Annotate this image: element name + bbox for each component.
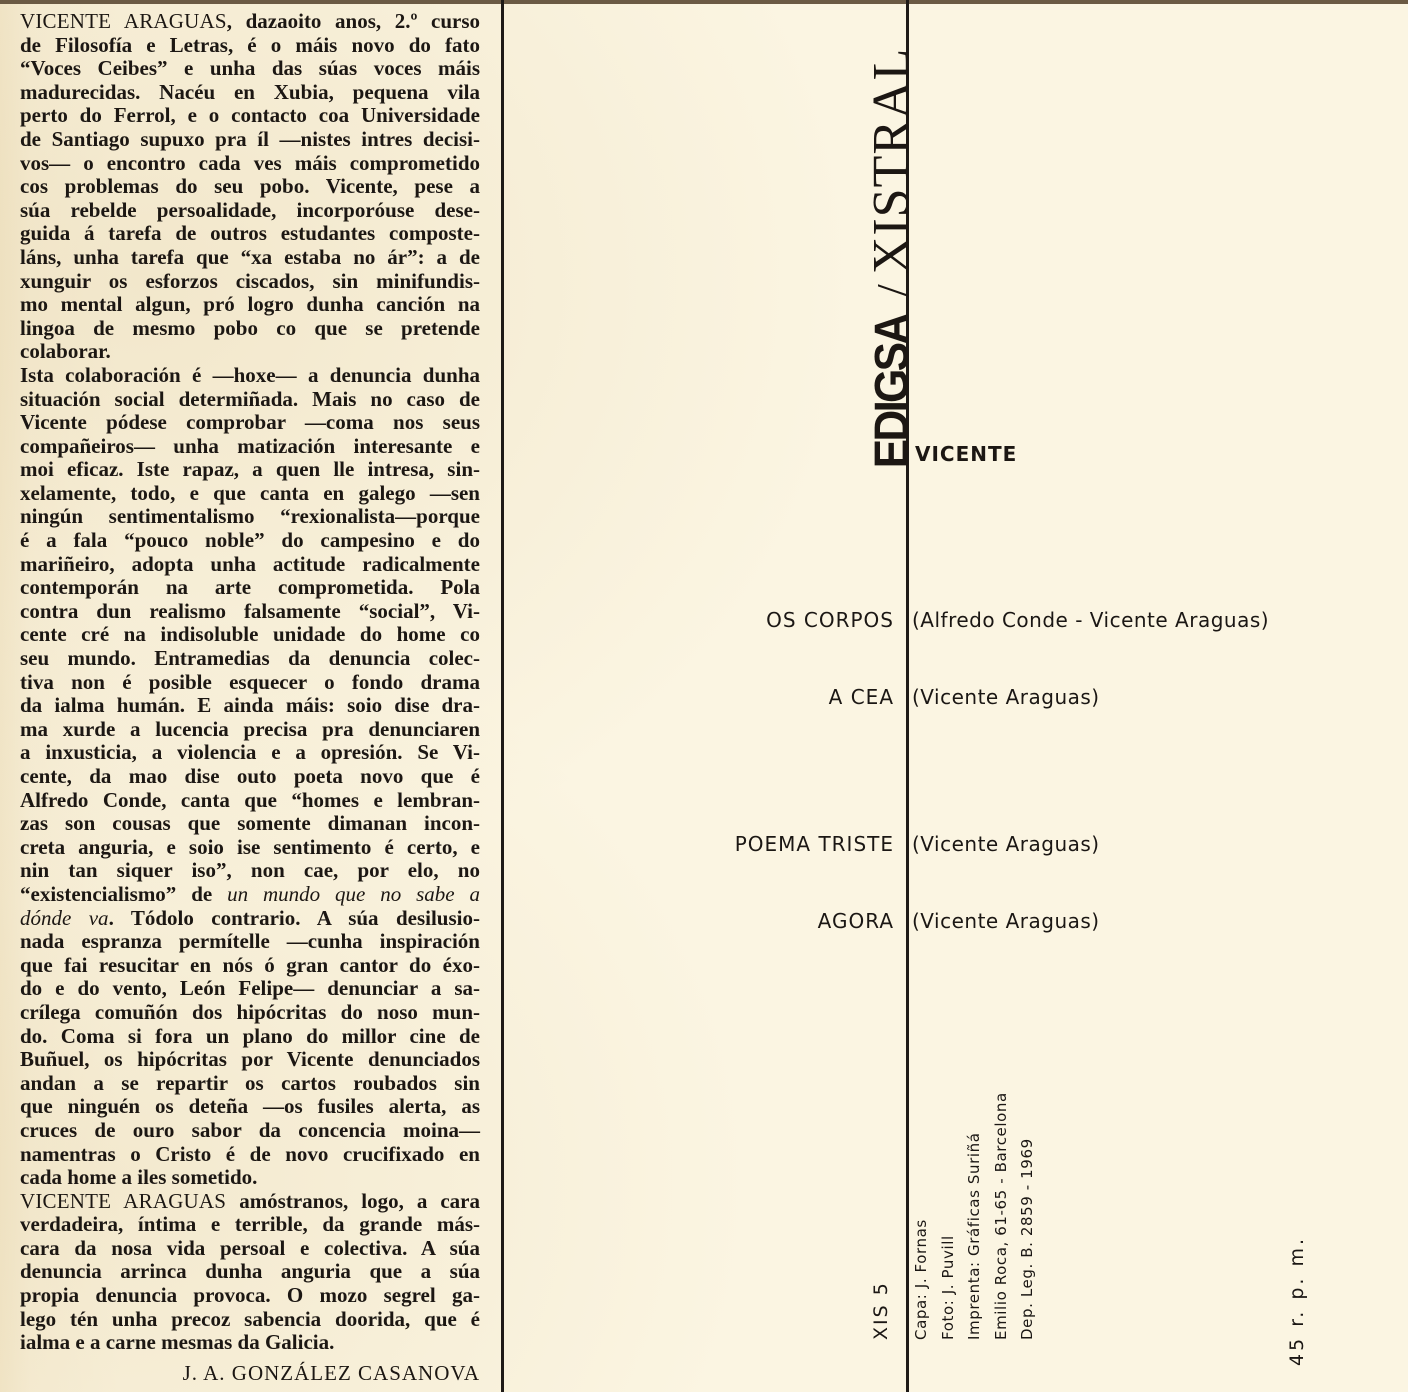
essay-line: é a fala “pouco noble” do campesino e do bbox=[20, 529, 480, 553]
essay-line: láns, unha tarefa que “xa estaba no ár”:… bbox=[20, 246, 480, 270]
essay-line: Buñuel, os hipócritas por Vicente denunc… bbox=[20, 1048, 480, 1072]
essay-line: dónde va. Tódolo contrario. A súa desilu… bbox=[20, 907, 480, 931]
essay-line: tiva non é posible esquecer o fondo dram… bbox=[20, 671, 480, 695]
track-credit: (Vicente Araguas) bbox=[912, 909, 1100, 933]
essay-line: da ialma humán. E ainda máis: soio dise … bbox=[20, 694, 480, 718]
column-divider-left bbox=[501, 0, 504, 1392]
series-name: XISTRAL bbox=[862, 48, 921, 275]
essay-line: lingoa de mesmo pobo co que se pretende bbox=[20, 317, 480, 341]
essay-line: ningún sentimentalismo “rexionalista—por… bbox=[20, 505, 480, 529]
essay-line: ialma e a carne mesmas da Galicia. bbox=[20, 1331, 480, 1355]
artist-name-inline: VICENTE ARAGUAS bbox=[20, 9, 227, 33]
record-speed: 45 r. p. m. bbox=[1286, 1236, 1308, 1366]
track-title: A CEA bbox=[829, 685, 894, 709]
essay-line: guida á tarefa de outros estudantes comp… bbox=[20, 222, 480, 246]
track-title: AGORA bbox=[818, 909, 894, 933]
brand-separator: / bbox=[866, 284, 919, 297]
essay-line: nin tan siquer iso”, non cae, por elo, n… bbox=[20, 859, 480, 883]
essay-line: cara da nosa vida persoal e colectiva. A… bbox=[20, 1237, 480, 1261]
essay-line: moi eficaz. Iste rapaz, a quen lle intre… bbox=[20, 458, 480, 482]
essay-line: mariñeiro, adopta unha actitude radicalm… bbox=[20, 553, 480, 577]
artist-name-inline: VICENTE ARAGUAS bbox=[20, 1189, 226, 1213]
italic-quote: un mundo que no sabe a bbox=[227, 882, 480, 906]
essay-line: zas son cousas que somente dimanan incon… bbox=[20, 812, 480, 836]
essay-line: a inxusticia, a violencia e a opresión. … bbox=[20, 741, 480, 765]
essay-line: que ninguén os deteña —os fusiles alerta… bbox=[20, 1095, 480, 1119]
credit-line: Dep. Leg. B. 2859 - 1969 bbox=[1014, 1092, 1041, 1340]
essay-line: Vicente pódese comprobar —coma nos seus bbox=[20, 411, 480, 435]
essay-line: do. Coma si fora un plano do millor cine… bbox=[20, 1025, 480, 1049]
essay-line: do e do vento, León Felipe— denunciar a … bbox=[20, 977, 480, 1001]
essay-line: de Santiago supuxo pra íl —nistes intres… bbox=[20, 128, 480, 152]
essay-line: propia denuncia provoca. O mozo segrel g… bbox=[20, 1284, 480, 1308]
track-title: OS CORPOS bbox=[766, 608, 894, 632]
essay-line: cada home a iles sometido. bbox=[20, 1166, 480, 1190]
essay-line: crílega comuñón dos hipócritas do noso m… bbox=[20, 1001, 480, 1025]
essay-line: “Voces Ceibes” e unha das súas voces mái… bbox=[20, 57, 480, 81]
essay-line: que fai resucitar en nós ó gran cantor d… bbox=[20, 954, 480, 978]
essay-line: cos problemas do seu pobo. Vicente, pese… bbox=[20, 175, 480, 199]
essay-line: xunguir os esforzos ciscados, sin minifu… bbox=[20, 270, 480, 294]
top-edge bbox=[0, 0, 1408, 4]
essay-line: situación social determiñada. Mais no ca… bbox=[20, 388, 480, 412]
essay-line: madurecidas. Nacéu en Xubia, pequena vil… bbox=[20, 81, 480, 105]
essay-line: vos— o encontro cada ves máis comprometi… bbox=[20, 152, 480, 176]
essay-line: xelamente, todo, e que canta en galego —… bbox=[20, 482, 480, 506]
production-credits: Capa: J. FornasFoto: J. PuvillImprenta: … bbox=[908, 1092, 1041, 1340]
essay-line: “existencialismo” de un mundo que no sab… bbox=[20, 883, 480, 907]
credit-line: Foto: J. Puvill bbox=[935, 1092, 962, 1340]
liner-notes-essay: VICENTE ARAGUAS, dazaoito anos, 2.º curs… bbox=[20, 10, 480, 1355]
essay-line: de Filosofía e Letras, é o máis novo do … bbox=[20, 34, 480, 58]
essay-line: cente cré na indisoluble unidade do home… bbox=[20, 623, 480, 647]
essay-line: súa rebelde persoalidade, incorporóuse d… bbox=[20, 199, 480, 223]
credit-line: Emilio Roca, 61-65 - Barcelona bbox=[988, 1092, 1015, 1340]
essay-line: Ista colaboración é —hoxe— a denuncia du… bbox=[20, 364, 480, 388]
essay-line: contemporán na arte comprometida. Pola bbox=[20, 576, 480, 600]
essay-line: colaborar. bbox=[20, 340, 480, 364]
essay-line: cruces de ouro sabor da concencia moina— bbox=[20, 1119, 480, 1143]
essay-line: perto do Ferrol, e o contacto coa Univer… bbox=[20, 104, 480, 128]
essay-line: VICENTE ARAGUAS, dazaoito anos, 2.º curs… bbox=[20, 10, 480, 34]
edigsa-logo: EDIGSA bbox=[865, 316, 920, 469]
essay-line: nada espranza permítelle —cunha inspirac… bbox=[20, 930, 480, 954]
catalog-number: XIS 5 bbox=[870, 1281, 892, 1340]
essay-line: namentras o Cristo é de novo crucifixado… bbox=[20, 1143, 480, 1167]
essay-line: cente, da mao dise outo poeta novo que é bbox=[20, 765, 480, 789]
track-credit: (Alfredo Conde - Vicente Araguas) bbox=[912, 608, 1269, 632]
essay-line: lego tén unha precoz sabencia doorida, q… bbox=[20, 1308, 480, 1332]
essay-signature: J. A. GONZÁLEZ CASANOVA bbox=[183, 1361, 480, 1386]
essay-line: contra dun realismo falsamente “social”,… bbox=[20, 600, 480, 624]
label-brand: EDIGSA / XISTRAL bbox=[862, 48, 921, 475]
essay-line: ma xurde a lucencia precisa pra denuncia… bbox=[20, 718, 480, 742]
credit-line: Capa: J. Fornas bbox=[908, 1092, 935, 1340]
essay-line: compañeiros— unha matización interesante… bbox=[20, 435, 480, 459]
essay-line: andan a se repartir os cartos roubados s… bbox=[20, 1072, 480, 1096]
italic-quote: dónde va bbox=[20, 906, 109, 930]
essay-line: denuncia arrinca dunha anguria que a súa bbox=[20, 1260, 480, 1284]
essay-line: creta anguria, e soio ise sentimento é c… bbox=[20, 836, 480, 860]
credit-line: Imprenta: Gráficas Suriñá bbox=[961, 1092, 988, 1340]
essay-line: verdadeira, íntima e terrible, da grande… bbox=[20, 1213, 480, 1237]
essay-line: VICENTE ARAGUAS amóstranos, logo, a cara bbox=[20, 1190, 480, 1214]
track-title: POEMA TRISTE bbox=[735, 832, 894, 856]
essay-line: seu mundo. Entramedias da denuncia colec… bbox=[20, 647, 480, 671]
artist-name: VICENTE bbox=[915, 442, 1017, 466]
track-credit: (Vicente Araguas) bbox=[912, 832, 1100, 856]
essay-line: mo mental algun, pró logro dunha canción… bbox=[20, 293, 480, 317]
track-credit: (Vicente Araguas) bbox=[912, 685, 1100, 709]
essay-line: Alfredo Conde, canta que “homes e lembra… bbox=[20, 789, 480, 813]
